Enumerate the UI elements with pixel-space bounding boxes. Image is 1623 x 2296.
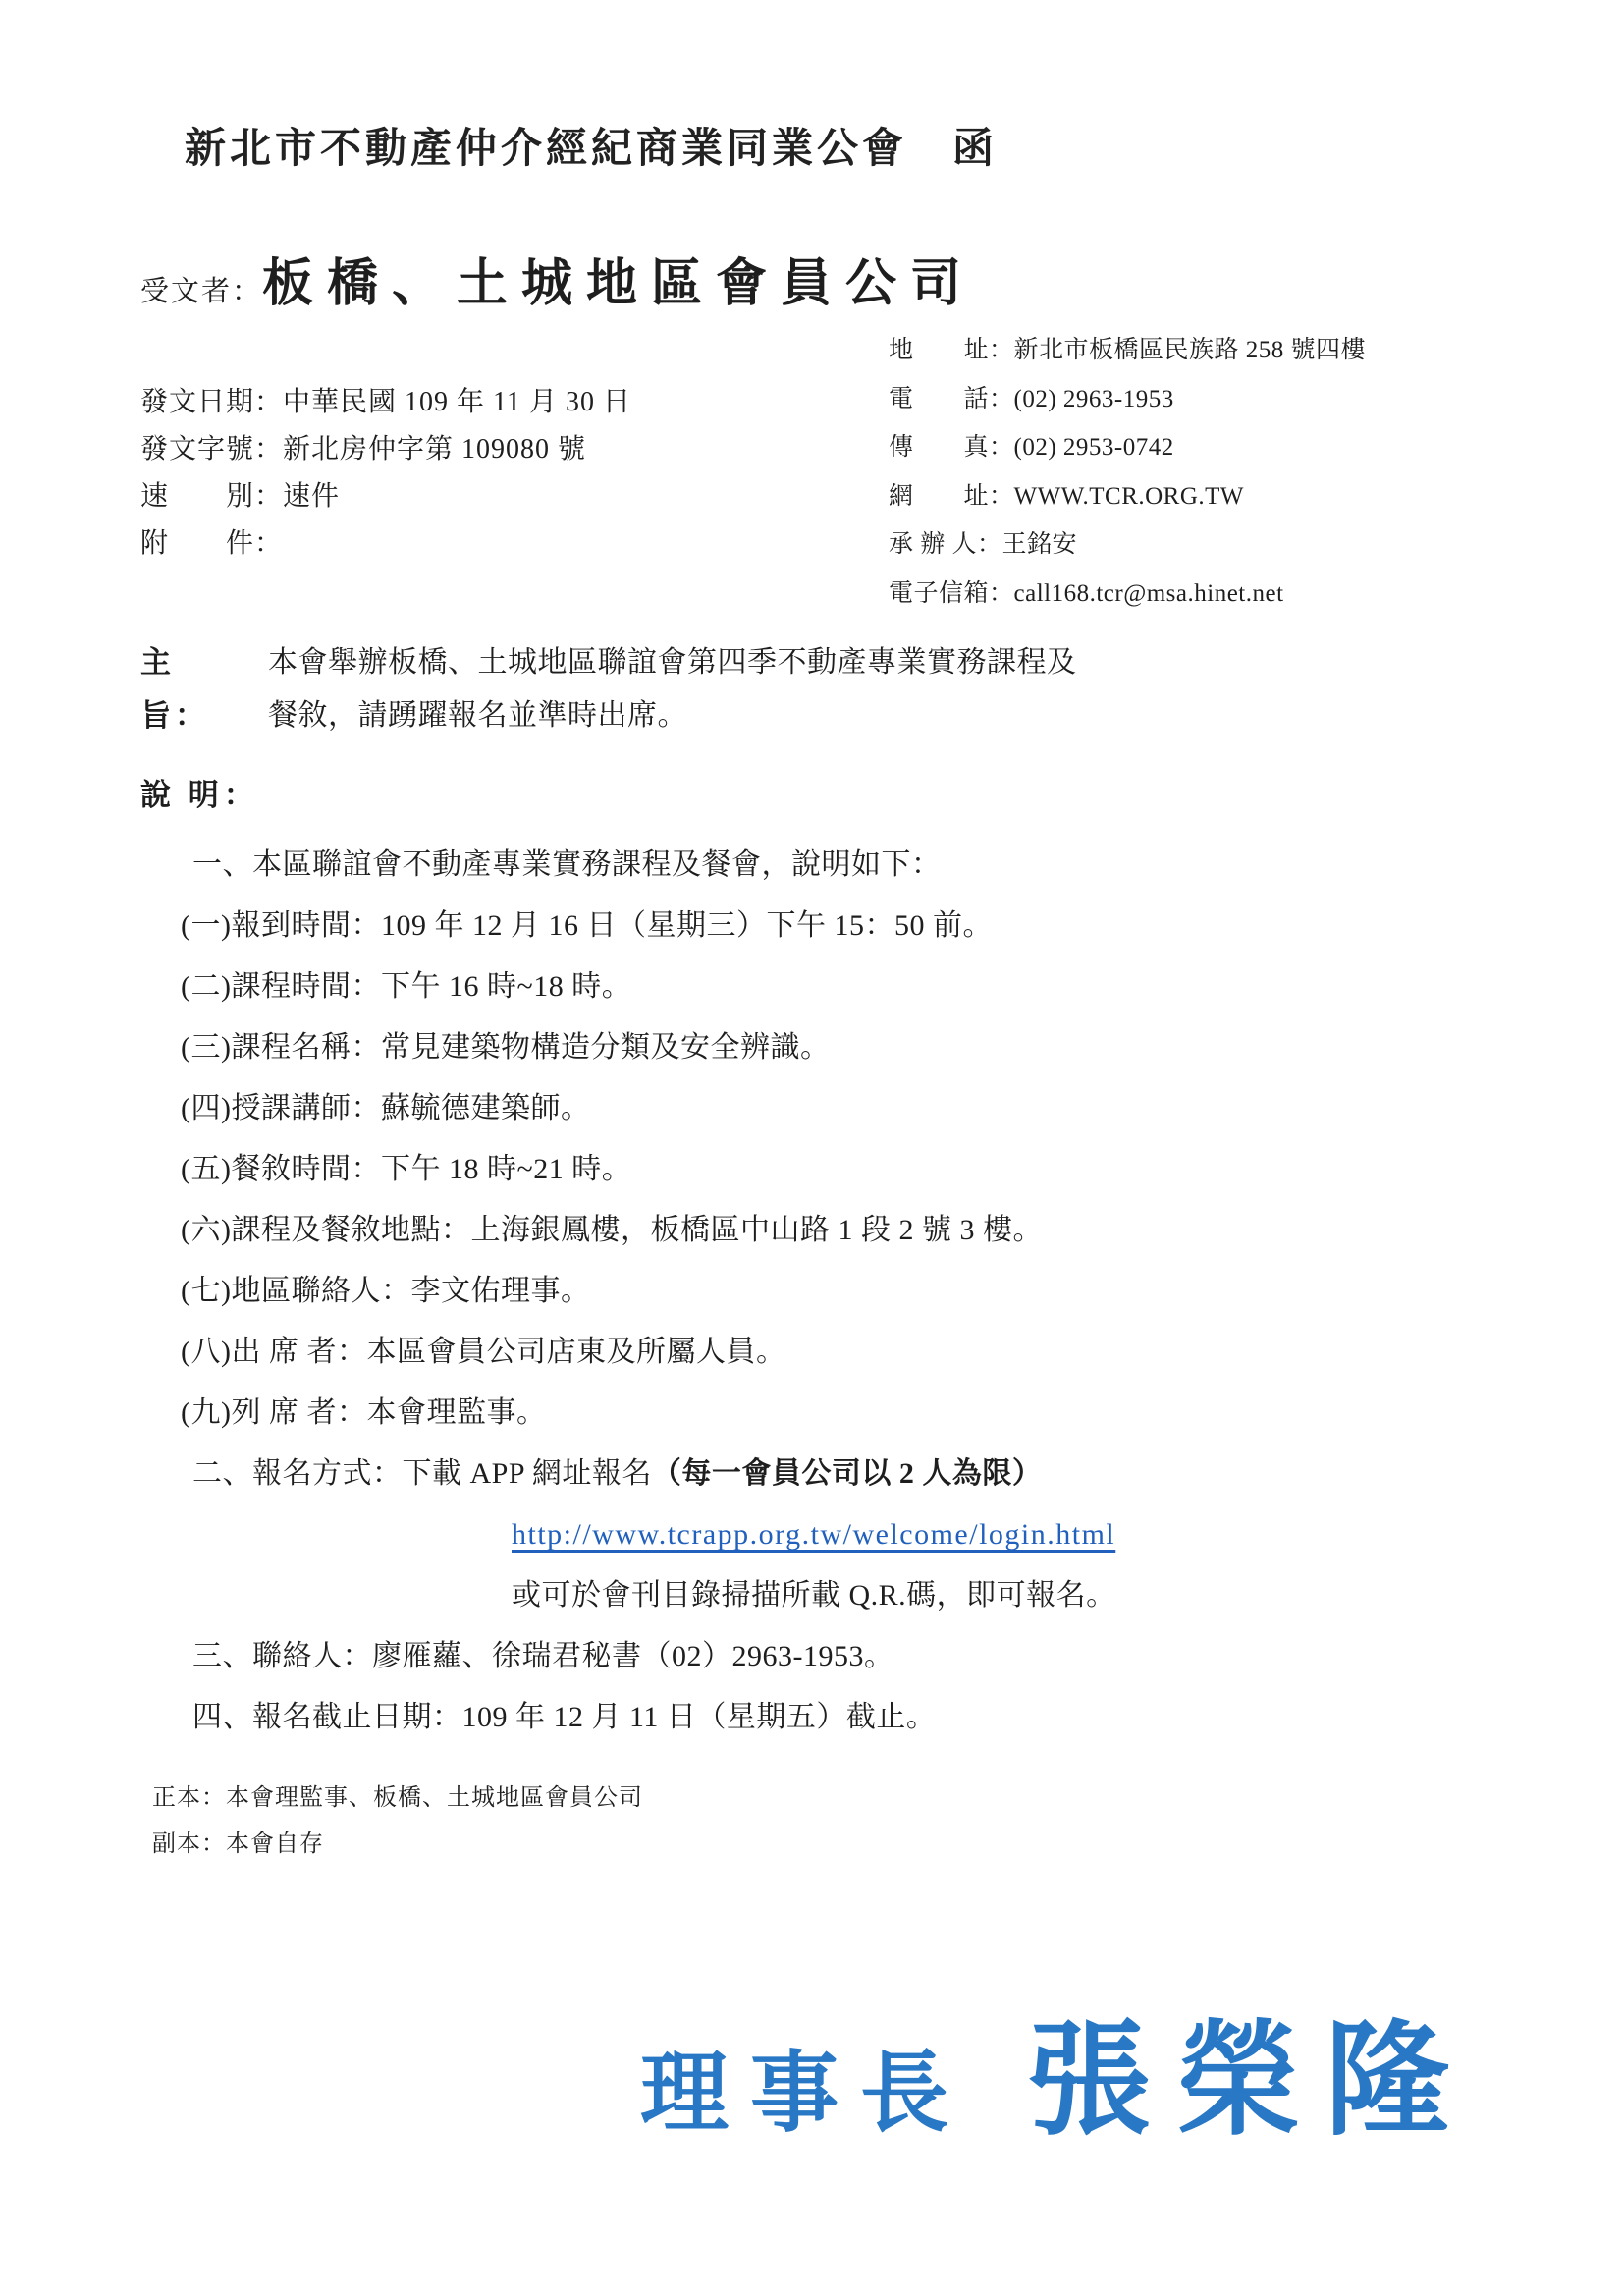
list-item-lecturer: (四)授課講師：蘇毓德建築師。 [173,1078,1116,1139]
association-website: 網 址：WWW.TCR.ORG.TW [889,472,1366,521]
recipient-value: 板橋、土城地區會員公司 [262,242,975,315]
association-fax: 傳 真：(02) 2953-0742 [889,423,1366,472]
issue-meta-block: 發文日期：中華民國 109 年 11 月 30 日 發文字號：新北房仲字第 10… [140,379,631,568]
chairman-title: 理事長 [640,2021,970,2149]
list-item-overview: 一、本區聯誼會不動產專業實務課程及餐會，說明如下： [173,835,1116,896]
registration-method-text: 二、報名方式：下載 APP 網址報名 [192,1457,652,1490]
registration-link-row: http://www.tcrapp.org.tw/welcome/login.h… [173,1504,1116,1565]
list-item-checkin-time: (一)報到時間：109 年 12 月 16 日（星期三）下午 15：50 前。 [173,896,1116,957]
explanation-heading: 說 明： [140,770,259,814]
list-item-registration-method: 二、報名方式：下載 APP 網址報名（每一會員公司以 2 人為限） [173,1444,1116,1504]
issue-number: 發文字號：新北房仲字第 109080 號 [140,426,631,473]
association-email: 電子信箱：call168.tcr@msa.hinet.net [889,570,1366,619]
list-item-course-name: (三)課程名稱：常見建築物構造分類及安全辨識。 [173,1017,1116,1078]
qr-code-note: 或可於會刊目錄掃描所載 Q.R.碼，即可報名。 [173,1565,1116,1626]
chairman-name: 張榮隆 [1027,1982,1475,2159]
subject-line: 主 旨： 本會舉辦板橋、土城地區聯誼會第四季不動產專業實務課程及餐敘，請踴躍報名… [140,636,1105,742]
issue-date: 發文日期：中華民國 109 年 11 月 30 日 [140,379,631,426]
official-letter-page: 新北市不動產仲介經紀商業同業公會 函 受文者： 板橋、土城地區會員公司 發文日期… [0,0,1623,2296]
subject-label: 主 旨： [140,636,268,742]
association-address: 地 址：新北市板橋區民族路 258 號四樓 [889,326,1366,375]
list-item-attendees: (八)出 席 者：本區會員公司店東及所屬人員。 [173,1322,1116,1383]
registration-link[interactable]: http://www.tcrapp.org.tw/welcome/login.h… [512,1518,1115,1551]
list-item-dinner-time: (五)餐敘時間：下午 18 時~21 時。 [173,1139,1116,1200]
document-title: 新北市不動產仲介經紀商業同業公會 函 [185,116,998,175]
association-handler: 承 辦 人：王銘安 [889,520,1366,570]
list-item-area-contact: (七)地區聯絡人：李文佑理事。 [173,1261,1116,1322]
attachment: 附 件： [140,520,631,568]
association-contact-block: 地 址：新北市板橋區民族路 258 號四樓 電 話：(02) 2963-1953… [889,326,1366,618]
subject-text: 本會舉辦板橋、土城地區聯誼會第四季不動產專業實務課程及餐敘，請踴躍報名並準時出席… [268,636,1105,742]
explanation-list: 一、本區聯誼會不動產專業實務課程及餐會，說明如下： (一)報到時間：109 年 … [173,835,1116,1748]
list-item-venue: (六)課程及餐敘地點：上海銀鳳樓，板橋區中山路 1 段 2 號 3 樓。 [173,1200,1116,1261]
association-phone: 電 話：(02) 2963-1953 [889,375,1366,424]
recipient-line: 受文者： 板橋、土城地區會員公司 [140,242,975,315]
list-item-observers: (九)列 席 者：本會理監事。 [173,1383,1116,1444]
original-copy-line: 正本：本會理監事、板橋、土城地區會員公司 [152,1776,643,1822]
list-item-contacts: 三、聯絡人：廖雁蘿、徐瑞君秘書（02）2963-1953。 [173,1626,1116,1687]
list-item-course-time: (二)課程時間：下午 16 時~18 時。 [173,957,1116,1017]
file-copy-line: 副本：本會自存 [152,1822,643,1868]
priority: 速 別：速件 [140,473,631,520]
registration-limit-note: （每一會員公司以 2 人為限） [652,1457,1043,1490]
recipient-label: 受文者： [140,269,262,309]
distribution-block: 正本：本會理監事、板橋、土城地區會員公司 副本：本會自存 [152,1776,643,1868]
chairman-signature: 理事長 張榮隆 [640,1982,1475,2159]
list-item-deadline: 四、報名截止日期：109 年 12 月 11 日（星期五）截止。 [173,1687,1116,1748]
